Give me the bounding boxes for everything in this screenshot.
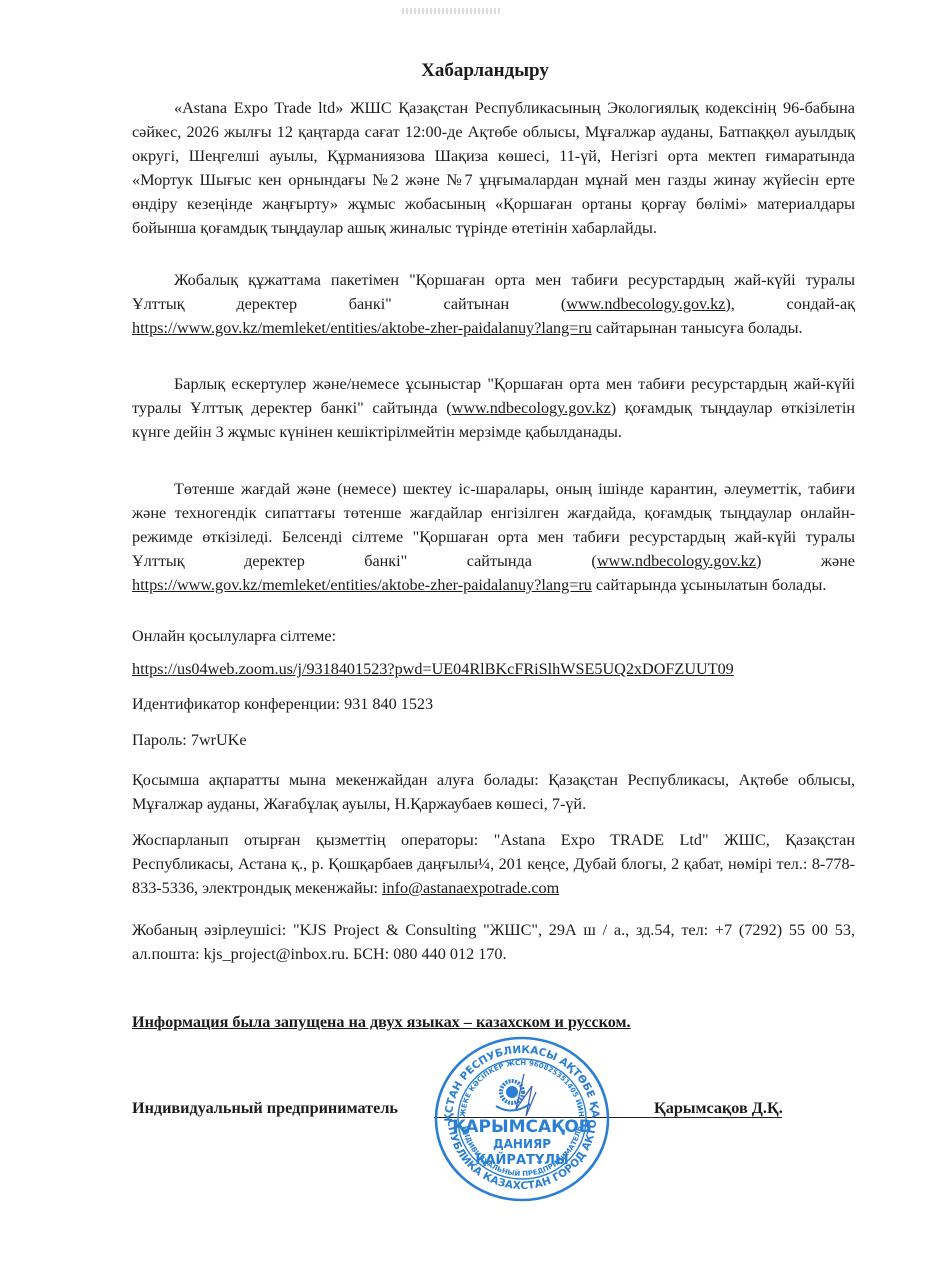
paragraph-announcement: «Astana Expo Trade ltd» ЖШС Қазақстан Ре… <box>132 96 855 240</box>
info-address: Қосымша ақпаратты мына мекенжайдан алуға… <box>132 768 855 816</box>
conference-id: Идентификатор конференции: 931 840 1523 <box>132 692 855 716</box>
gov-kz-link[interactable]: https://www.gov.kz/memleket/entities/akt… <box>132 576 592 594</box>
gov-kz-link[interactable]: https://www.gov.kz/memleket/entities/akt… <box>132 319 592 337</box>
ndbecology-link[interactable]: www.ndbecology.gov.kz <box>597 552 756 570</box>
operator-email-link[interactable]: info@astanaexpotrade.com <box>382 879 559 897</box>
stamp-patronymic: ҚАЙРАТҰЛЫ <box>475 1152 568 1168</box>
ndbecology-link[interactable]: www.ndbecology.gov.kz <box>566 295 725 313</box>
stamp-first-name: ДАНИЯР <box>493 1137 551 1151</box>
svg-text:РЕСПУБЛИКА КАЗАХСТАН ГОРОД АКТ: РЕСПУБЛИКА КАЗАХСТАН ГОРОД АКТОБЕ <box>432 1034 599 1192</box>
zoom-link[interactable]: https://us04web.zoom.us/j/9318401523?pwd… <box>132 660 734 678</box>
paragraph-documentation: Жобалық құжаттама пакетімен "Қоршаған ор… <box>132 268 855 340</box>
official-stamp: ҚАЗАҚСТАН РЕСПУБЛИКАСЫ АҚТӨБЕ ҚАЛАСЫ РЕС… <box>432 1034 612 1204</box>
scan-artifact <box>402 8 502 14</box>
document-title: Хабарландыру <box>0 60 930 82</box>
ndbecology-link[interactable]: www.ndbecology.gov.kz <box>452 399 611 417</box>
online-label: Онлайн қосылуларға сілтеме: <box>132 624 855 648</box>
signatory-name: Қарымсақов Д.Қ. <box>654 1099 783 1118</box>
languages-note: Информация была запущена на двух языках … <box>132 1010 855 1034</box>
operator-info: Жоспарланып отырған қызметтің операторы:… <box>132 828 855 900</box>
paragraph-comments: Барлық ескертулер және/немесе ұсыныстар … <box>132 372 855 444</box>
developer-info: Жобаның әзірлеушісі: "KJS Project & Cons… <box>132 918 855 966</box>
paragraph-emergency: Төтенше жағдай және (немесе) шектеу іс-ш… <box>132 477 855 597</box>
conference-password: Пароль: 7wrUKe <box>132 728 855 752</box>
signatory-position: Индивидуальный предприниматель <box>132 1099 398 1118</box>
stamp-surname: ҚАРЫМСАҚОВ <box>452 1117 592 1137</box>
document-page: Хабарландыру «Astana Expo Trade ltd» ЖШС… <box>0 0 930 1280</box>
